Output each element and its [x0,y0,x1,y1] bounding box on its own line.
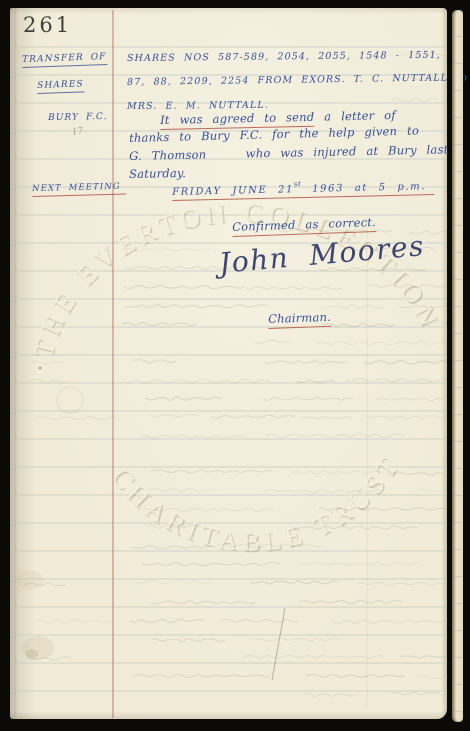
date-prefix: FRIDAY JUNE 21 [172,184,294,198]
svg-text:CHARITABLE TRUST: CHARITABLE TRUST [106,448,407,557]
chairman-role-line: Chairman. [268,312,331,326]
transfer-body-line-3: MRS. E. M. NUTTALL. [127,101,269,112]
next-page-edge [452,10,463,722]
page-number: 261 [23,13,72,38]
scanned-minute-book-page: THE EVERTON COLLECTION CHARITABLE TRUST … [0,0,470,731]
margin-heading-transfer-line2: SHARES [37,80,84,91]
crease-mark [272,608,285,680]
ledger-page: THE EVERTON COLLECTION CHARITABLE TRUST … [10,8,447,719]
bury-line1-rest: a letter of [314,108,396,124]
margin-heading-transfer-line1: TRANSFER OF [22,53,107,65]
bury-body-line-4: Saturday. [129,168,186,180]
date-suffix: 1963 at 5 p.m. [301,181,426,195]
pencil-note: 17 [71,127,84,138]
margin-heading-transfer-text2: SHARES [37,79,84,94]
next-meeting-heading-text: NEXT MEETING [32,182,126,197]
margin-heading-bury: BURY F.C. [48,113,108,123]
chairman-role-text: Chairman. [268,310,331,329]
confirmation-line: Confirmed as correct. [232,217,376,234]
margin-heading-next-meeting: NEXT MEETING [32,183,126,194]
